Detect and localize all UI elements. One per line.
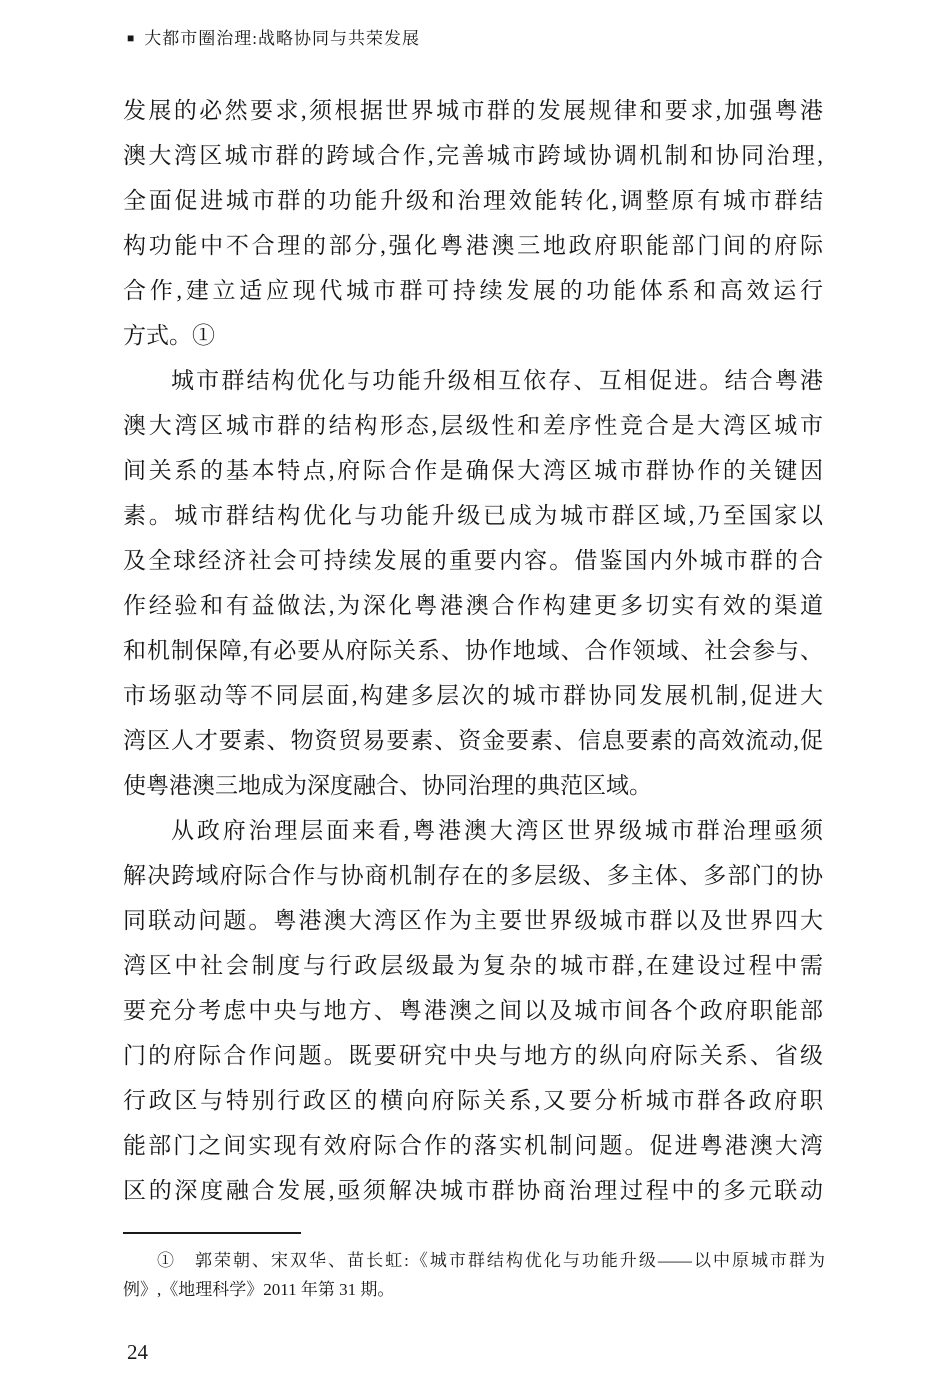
body-line: 全面促进城市群的功能升级和治理效能转化,调整原有城市群结 bbox=[123, 178, 823, 223]
body-line: 构功能中不合理的部分,强化粤港澳三地政府职能部门间的府际 bbox=[123, 223, 823, 268]
body-line: 湾区人才要素、物资贸易要素、资金要素、信息要素的高效流动,促 bbox=[123, 718, 823, 763]
body-line: 市场驱动等不同层面,构建多层次的城市群协同发展机制,促进大 bbox=[123, 673, 823, 718]
body-line: 作经验和有益做法,为深化粤港澳合作构建更多切实有效的渠道 bbox=[123, 583, 823, 628]
body-line: 要充分考虑中央与地方、粤港澳之间以及城市间各个政府职能部 bbox=[123, 988, 823, 1033]
footnote-line: 例》,《地理科学》2011 年第 31 期。 bbox=[123, 1275, 825, 1304]
body-line: 和机制保障,有必要从府际关系、协作地域、合作领域、社会参与、 bbox=[123, 628, 823, 673]
body-line: 合作,建立适应现代城市群可持续发展的功能体系和高效运行 bbox=[123, 268, 823, 313]
header-title: 大都市圈治理:战略协同与共荣发展 bbox=[144, 29, 420, 48]
footnote-line: ① 郭荣朝、宋双华、苗长虹:《城市群结构优化与功能升级——以中原城市群为 bbox=[123, 1246, 825, 1275]
body-line: 行政区与特别行政区的横向府际关系,又要分析城市群各政府职 bbox=[123, 1078, 823, 1123]
body-text: 发展的必然要求,须根据世界城市群的发展规律和要求,加强粤港 澳大湾区城市群的跨域… bbox=[123, 88, 823, 1213]
body-line: 湾区中社会制度与行政层级最为复杂的城市群,在建设过程中需 bbox=[123, 943, 823, 988]
body-line: 从政府治理层面来看,粤港澳大湾区世界级城市群治理亟须 bbox=[123, 808, 823, 853]
body-line: 方式。① bbox=[123, 313, 823, 358]
body-line: 间关系的基本特点,府际合作是确保大湾区城市群协作的关键因 bbox=[123, 448, 823, 493]
body-line: 同联动问题。粤港澳大湾区作为主要世界级城市群以及世界四大 bbox=[123, 898, 823, 943]
body-line: 区的深度融合发展,亟须解决城市群协商治理过程中的多元联动 bbox=[123, 1168, 823, 1213]
header-square-bullet-icon: ■ bbox=[127, 31, 135, 45]
body-line: 素。城市群结构优化与功能升级已成为城市群区域,乃至国家以 bbox=[123, 493, 823, 538]
footnote: ① 郭荣朝、宋双华、苗长虹:《城市群结构优化与功能升级——以中原城市群为 例》,… bbox=[123, 1246, 825, 1304]
body-line: 使粤港澳三地成为深度融合、协同治理的典范区域。 bbox=[123, 763, 823, 808]
body-line: 澳大湾区城市群的结构形态,层级性和差序性竞合是大湾区城市 bbox=[123, 403, 823, 448]
body-line: 城市群结构优化与功能升级相互依存、互相促进。结合粤港 bbox=[123, 358, 823, 403]
body-line: 及全球经济社会可持续发展的重要内容。借鉴国内外城市群的合 bbox=[123, 538, 823, 583]
footnote-separator-rule bbox=[123, 1232, 301, 1234]
body-line: 发展的必然要求,须根据世界城市群的发展规律和要求,加强粤港 bbox=[123, 88, 823, 133]
page-number: 24 bbox=[127, 1340, 148, 1365]
body-line: 门的府际合作问题。既要研究中央与地方的纵向府际关系、省级 bbox=[123, 1033, 823, 1078]
running-header: ■大都市圈治理:战略协同与共荣发展 bbox=[127, 24, 420, 49]
body-line: 解决跨域府际合作与协商机制存在的多层级、多主体、多部门的协 bbox=[123, 853, 823, 898]
book-page: ■大都市圈治理:战略协同与共荣发展 发展的必然要求,须根据世界城市群的发展规律和… bbox=[0, 0, 929, 1396]
body-line: 澳大湾区城市群的跨域合作,完善城市跨域协调机制和协同治理, bbox=[123, 133, 823, 178]
body-line: 能部门之间实现有效府际合作的落实机制问题。促进粤港澳大湾 bbox=[123, 1123, 823, 1168]
